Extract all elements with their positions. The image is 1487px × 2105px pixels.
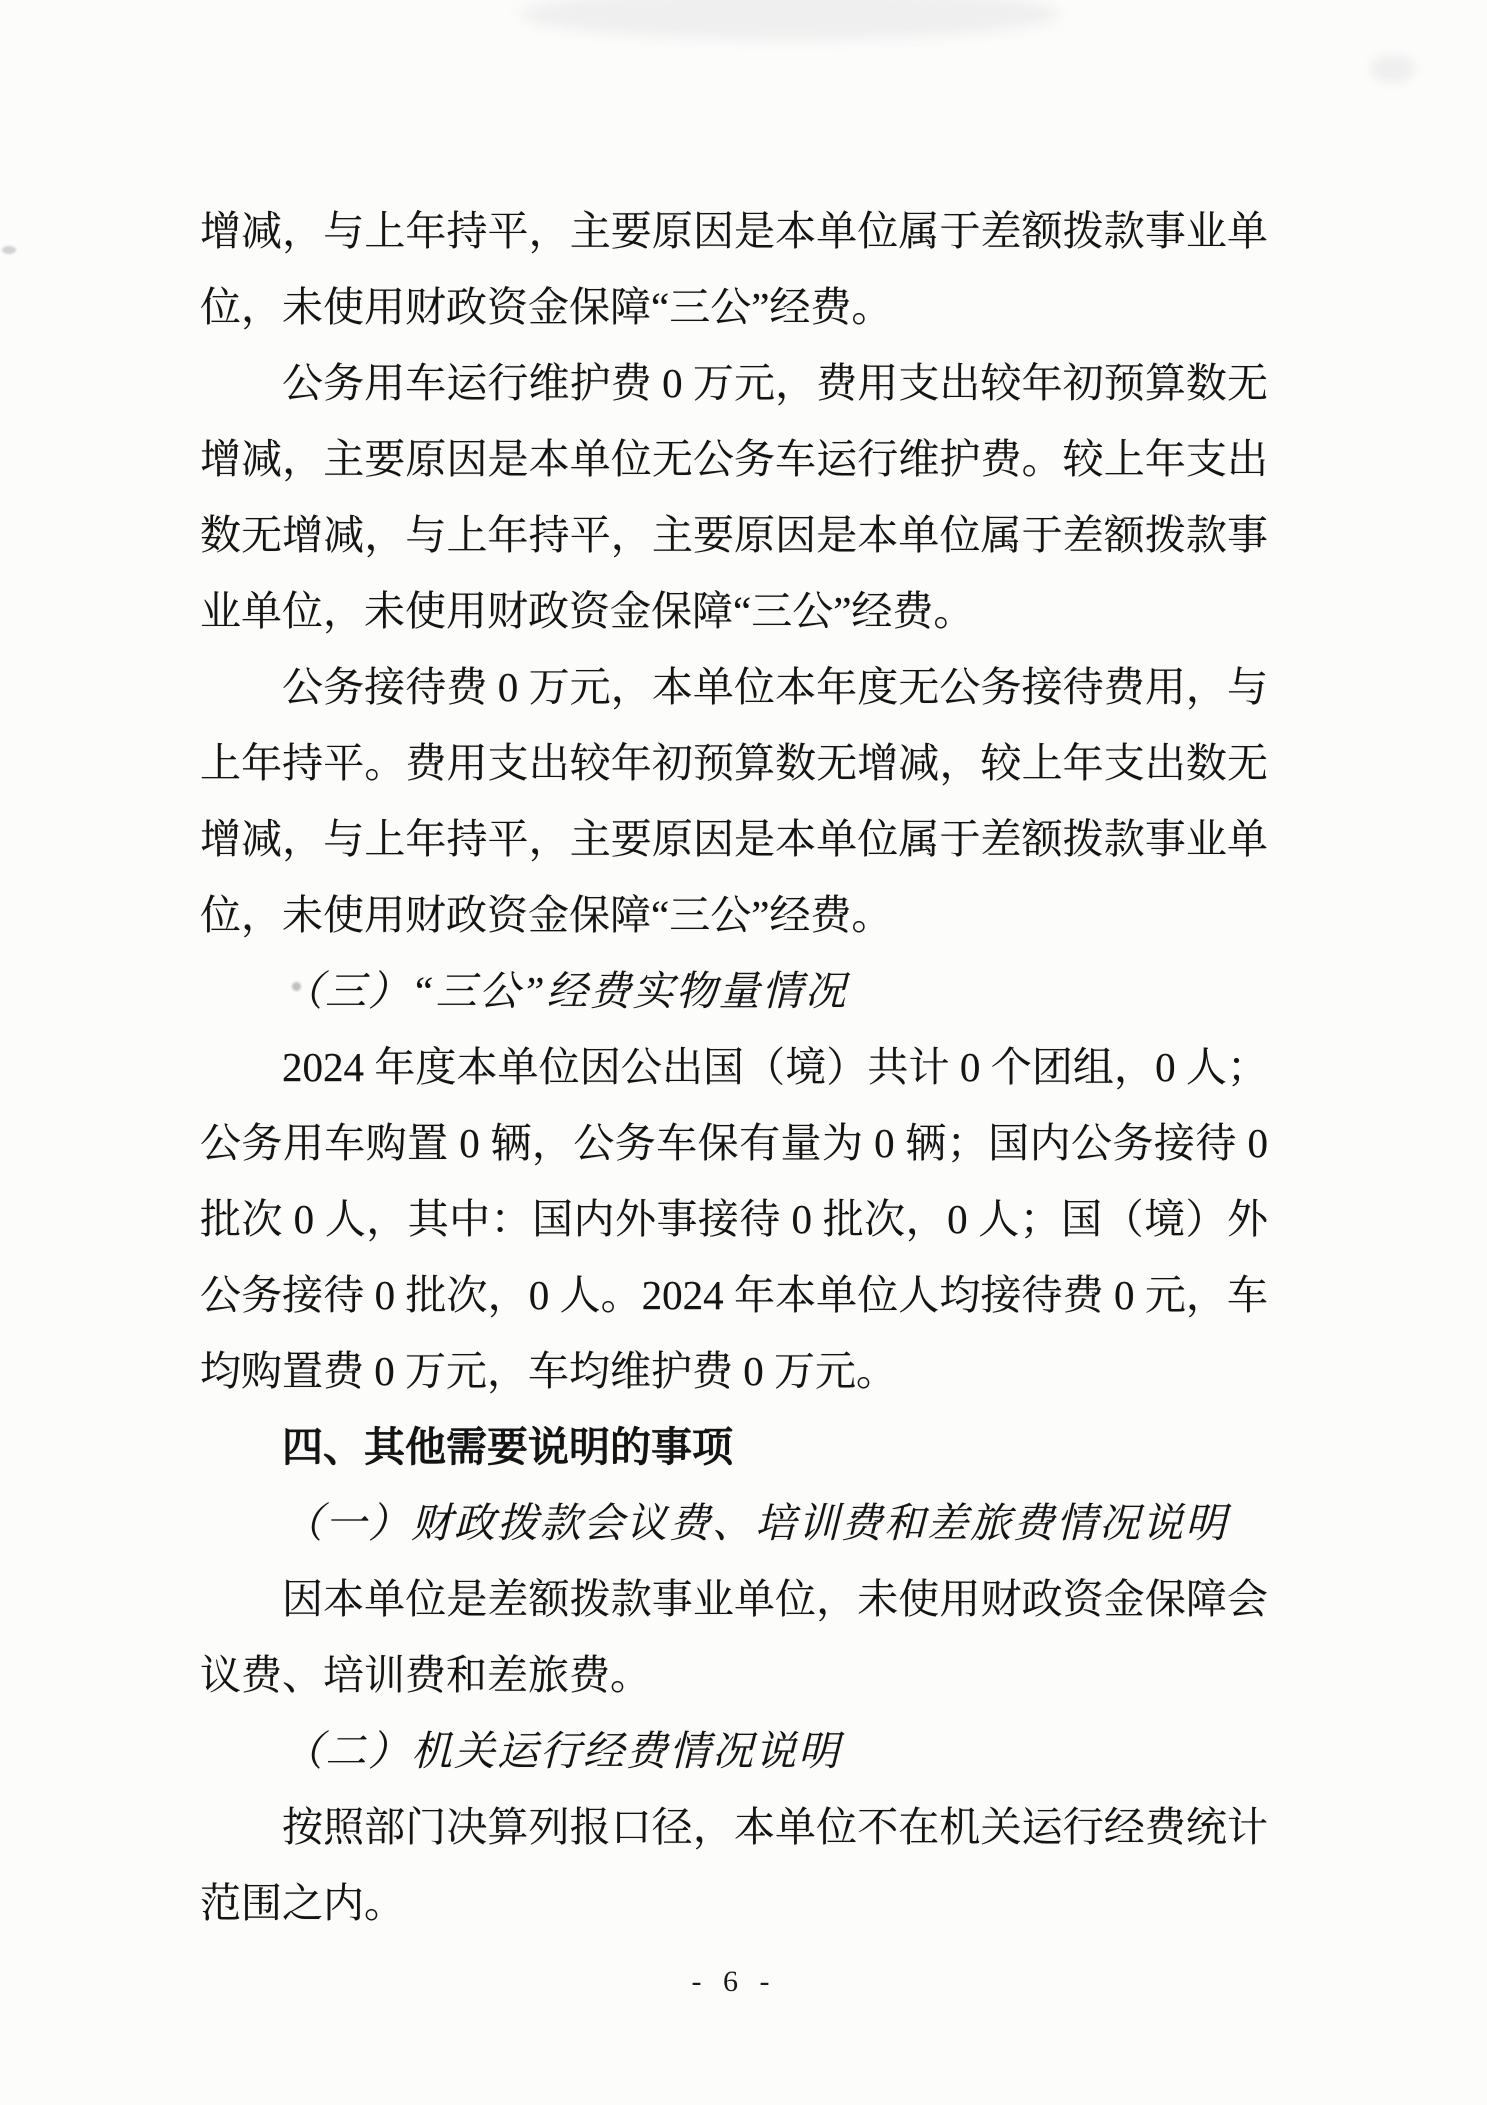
heading-fiscal-meeting-training-travel-fees: （一）财政拨款会议费、培训费和差旅费情况说明	[200, 1485, 1268, 1561]
heading-three-public-physical-quantity: （三）“三公”经费实物量情况	[200, 953, 1268, 1029]
document-page: 增减，与上年持平，主要原因是本单位属于差额拨款事业单位，未使用财政资金保障“三公…	[0, 0, 1487, 2105]
paragraph-vehicle-operation-maintenance-fee: 公务用车运行维护费 0 万元，费用支出较年初预算数无增减，主要原因是本单位无公务…	[200, 345, 1268, 649]
scan-smudge	[520, 0, 1060, 40]
page-number: - 6 -	[200, 1958, 1268, 2006]
heading-section-four-other-matters: 四、其他需要说明的事项	[200, 1409, 1268, 1485]
scan-smudge	[2, 246, 16, 254]
paragraph-official-reception-fee: 公务接待费 0 万元，本单位本年度无公务接待费用，与上年持平。费用支出较年初预算…	[200, 649, 1268, 953]
paragraph-meeting-training-travel-explanation: 因本单位是差额拨款事业单位，未使用财政资金保障会议费、培训费和差旅费。	[200, 1561, 1268, 1713]
paragraph-carryover-three-public: 增减，与上年持平，主要原因是本单位属于差额拨款事业单位，未使用财政资金保障“三公…	[200, 193, 1268, 345]
heading-agency-operation-funds: （二）机关运行经费情况说明	[200, 1713, 1268, 1789]
paragraph-physical-quantity-details: 2024 年度本单位因公出国（境）共计 0 个团组，0 人；公务用车购置 0 辆…	[200, 1029, 1268, 1409]
scan-smudge	[1370, 55, 1416, 83]
paragraph-agency-operation-explanation: 按照部门决算列报口径，本单位不在机关运行经费统计范围之内。	[200, 1789, 1268, 1941]
document-body: 增减，与上年持平，主要原因是本单位属于差额拨款事业单位，未使用财政资金保障“三公…	[200, 193, 1268, 1941]
